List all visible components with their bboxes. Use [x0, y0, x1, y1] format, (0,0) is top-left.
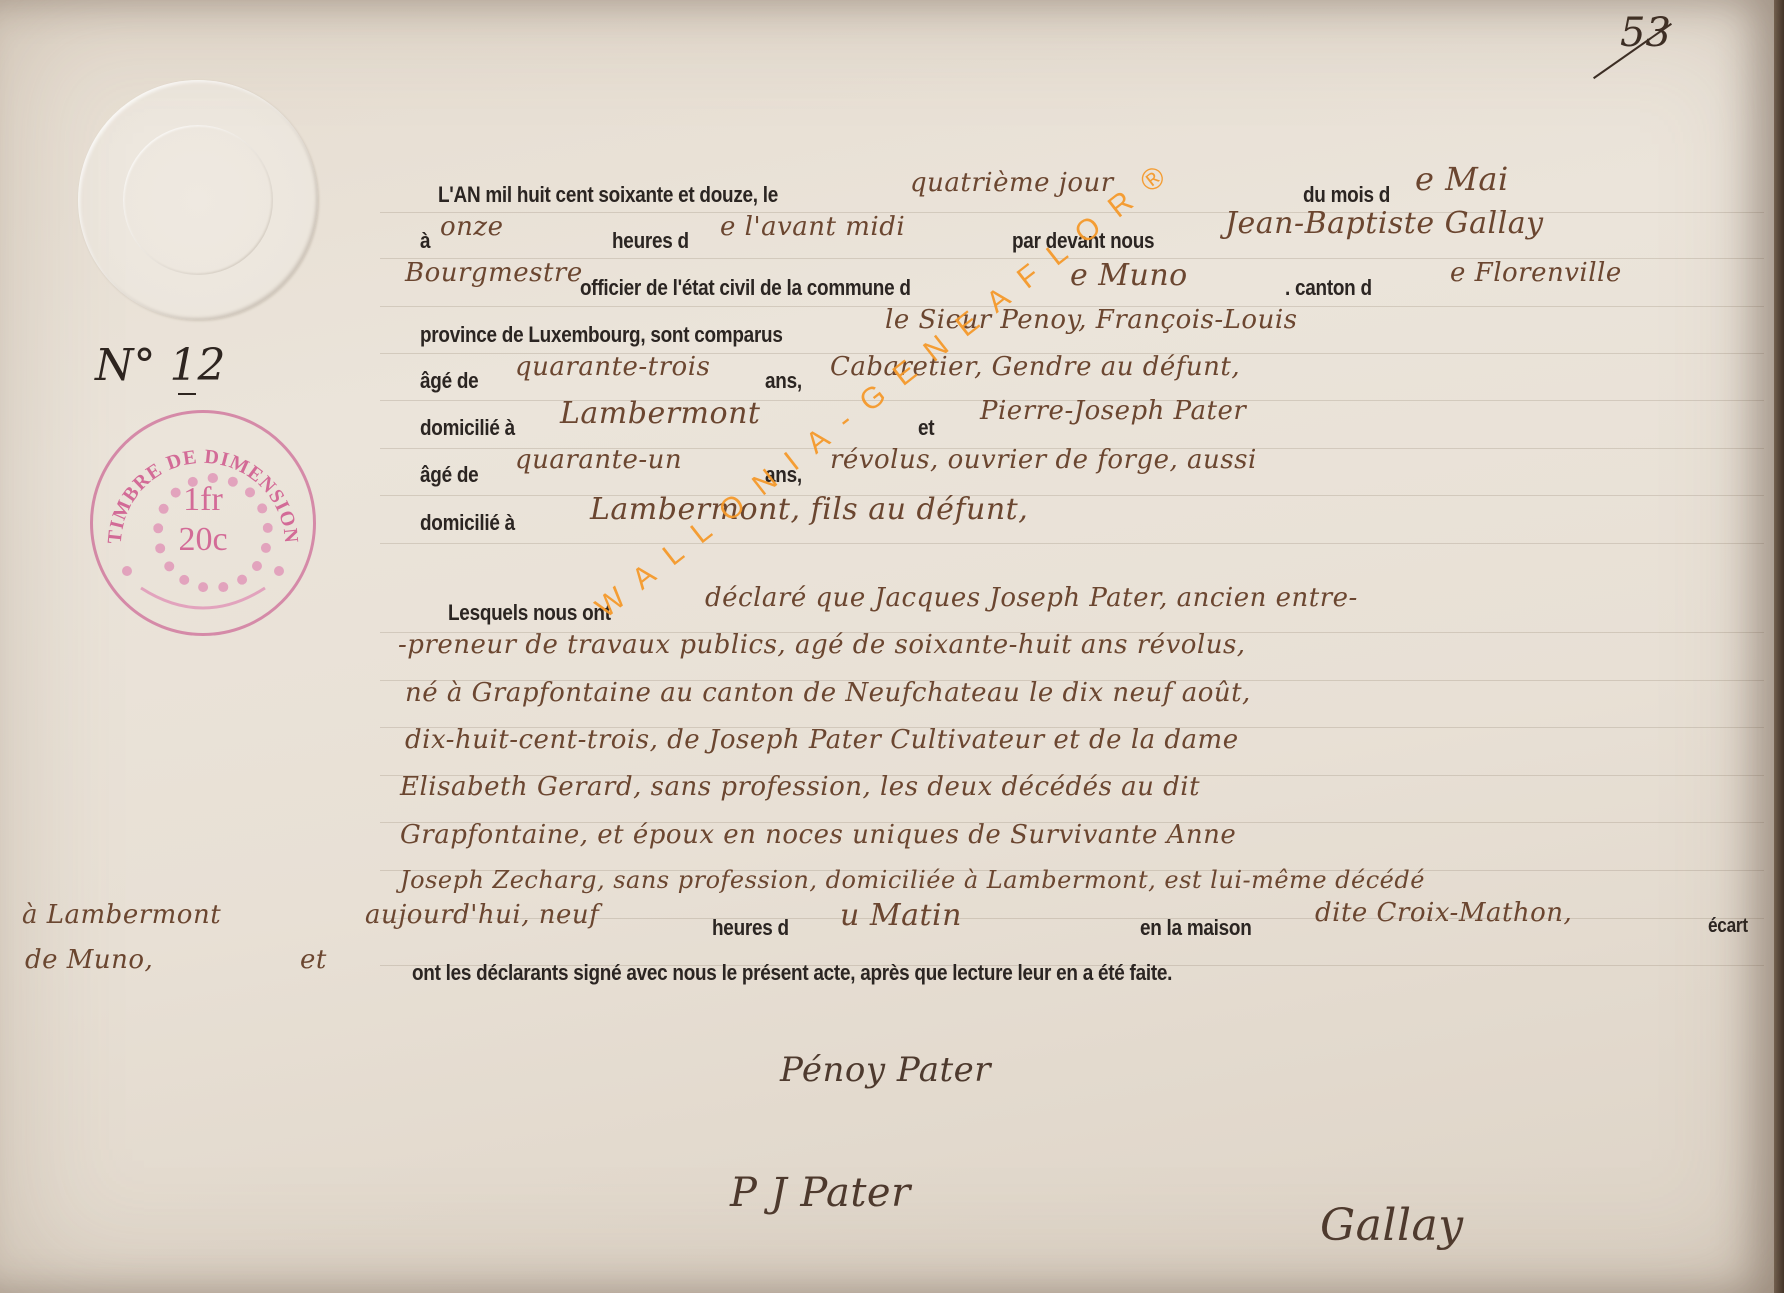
hand-declarant2: Pierre-Joseph Pater — [980, 396, 1246, 426]
hand-declarant2-age: quarante-un — [515, 445, 682, 475]
signature-officer: Gallay — [1320, 1200, 1464, 1251]
hand-body-line13: Elisabeth Gerard, sans profession, les d… — [400, 772, 1200, 802]
printed-line16-b: en la maison — [1140, 915, 1252, 941]
signature-declarant2: P J Pater — [730, 1170, 911, 1216]
acte-number: N° 12 — [95, 340, 225, 391]
acte-number-underline — [178, 393, 196, 395]
printed-line17-a: ont les déclarants signé avec nous le pr… — [412, 960, 1172, 986]
hand-death-place: à Lambermont — [22, 900, 221, 930]
hand-body-line9: déclaré que Jacques Joseph Pater, ancien… — [705, 583, 1358, 613]
hand-death-time: u Matin — [840, 898, 962, 933]
printed-line2-a: à — [420, 228, 430, 254]
hand-declarant2-occupation: révolus, ouvrier de forge, aussi — [830, 445, 1257, 475]
hand-body-line14: Grapfontaine, et époux en noces uniques … — [400, 820, 1236, 850]
hand-day: quatrième jour — [910, 168, 1114, 198]
hand-house: dite Croix-Mathon, — [1315, 898, 1572, 928]
hand-hamlet: de Muno, — [25, 945, 153, 975]
hand-body-line15: Joseph Zecharg, sans profession, domicil… — [400, 866, 1425, 894]
page-binding-edge — [1774, 0, 1784, 1293]
hand-officer-name: Jean-Baptiste Gallay — [1225, 206, 1544, 241]
printed-line4-a: province de Luxembourg, sont comparus — [420, 322, 783, 348]
hand-hour: onze — [440, 212, 503, 242]
printed-line2-b: heures d — [612, 228, 689, 254]
embossed-seal-portrait — [123, 125, 273, 275]
printed-line3-b: . canton d — [1285, 275, 1372, 301]
printed-line7-a: âgé de — [420, 462, 478, 488]
printed-line1-a: L'AN mil huit cent soixante et douze, le — [438, 182, 778, 208]
embossed-seal — [78, 80, 318, 320]
printed-line1-b: du mois d — [1303, 182, 1390, 208]
printed-line3-a: officier de l'état civil de la commune d — [580, 275, 911, 301]
hand-declarant1-domicile: Lambermont — [560, 396, 760, 431]
stamp-value-centimes: 20c — [93, 521, 313, 559]
printed-line9-a: Lesquels nous ont — [448, 600, 611, 626]
hand-body-line10: -preneur de travaux publics, agé de soix… — [398, 630, 1246, 660]
printed-line6-a: domicilié à — [420, 415, 515, 441]
printed-line8-a: domicilié à — [420, 510, 515, 536]
signature-declarant1: Pénoy Pater — [780, 1050, 991, 1090]
hand-body-line12: dix-huit-cent-trois, de Joseph Pater Cul… — [405, 725, 1239, 755]
hand-declarant1-age: quarante-trois — [515, 352, 710, 382]
printed-line16-a: heures d — [712, 915, 789, 941]
timbre-de-dimension-stamp: TIMBRE DE DIMENSION 1fr 20c — [90, 410, 316, 636]
printed-line16-c: écart — [1708, 915, 1748, 938]
printed-line5-b: ans, — [765, 368, 802, 394]
hand-commune: e Muno — [1070, 258, 1188, 293]
hand-death-day: aujourd'hui, neuf — [365, 900, 599, 930]
hand-time-of-day: e l'avant midi — [720, 212, 905, 242]
hand-declarant2-domicile: Lambermont, fils au défunt, — [590, 492, 1028, 527]
printed-line6-b: et — [918, 415, 934, 441]
hand-month: e Mai — [1415, 160, 1509, 198]
stamp-value-francs: 1fr — [93, 481, 313, 519]
hand-body-line11: né à Grapfontaine au canton de Neufchate… — [405, 678, 1251, 708]
hand-and: et — [300, 945, 327, 975]
hand-officer-title: Bourgmestre — [405, 258, 583, 288]
hand-canton: e Florenville — [1450, 258, 1622, 288]
folio-number: 53 — [1620, 10, 1671, 56]
printed-line5-a: âgé de — [420, 368, 478, 394]
document-page: 53 N° 12 TIMBRE DE DIMENSION 1fr 20c L'A… — [0, 0, 1784, 1293]
